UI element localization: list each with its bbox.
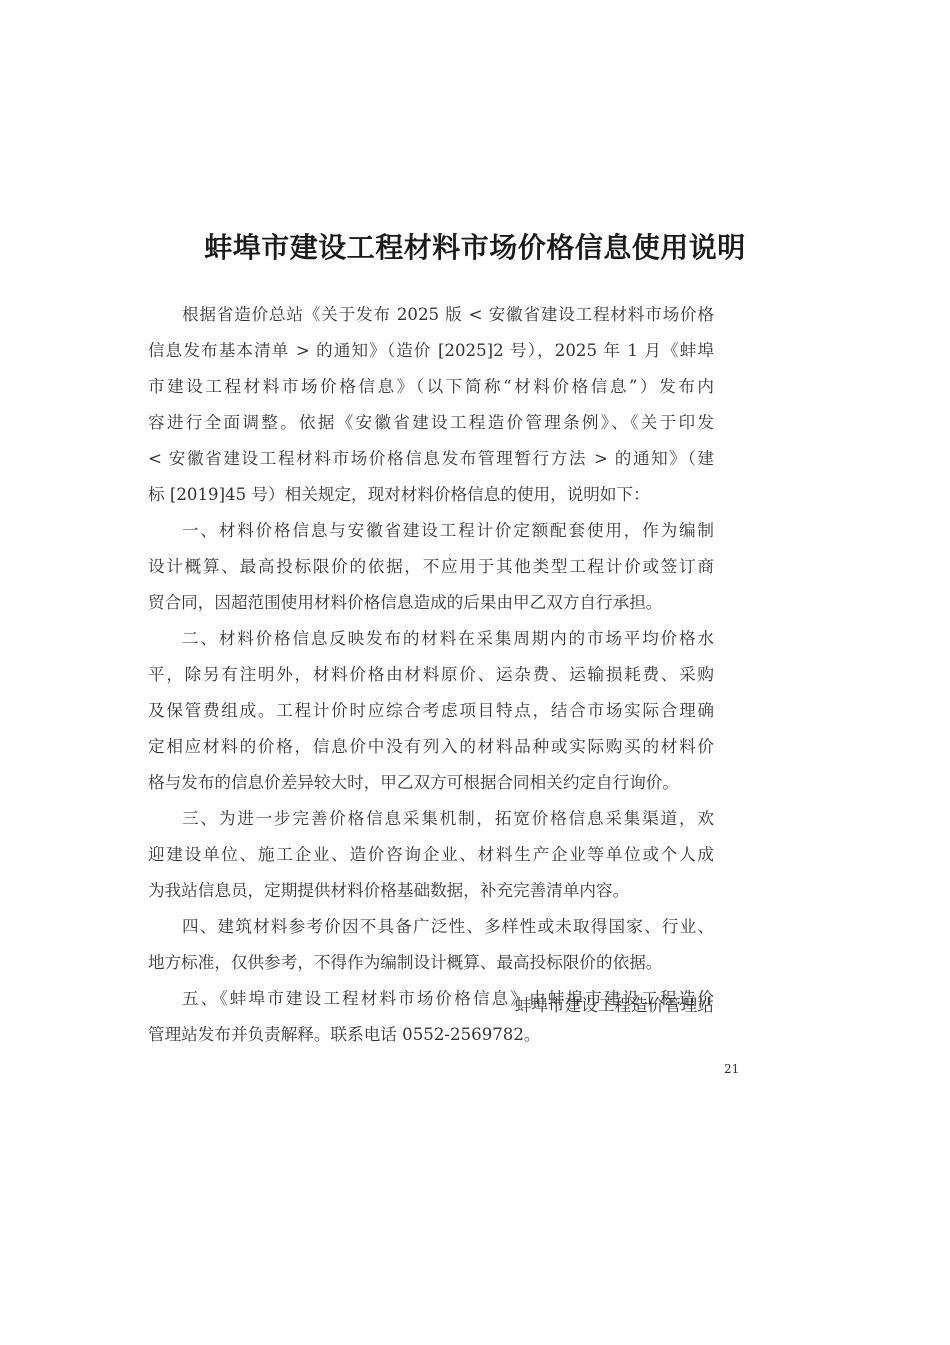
text-line: 三、为进一步完善价格信息采集机制，拓宽价格信息采集渠道，欢 xyxy=(148,801,714,837)
text-line: 贸合同，因超范围使用材料价格信息造成的后果由甲乙双方自行承担。 xyxy=(148,585,714,621)
text-line: 迎建设单位、施工企业、造价咨询企业、材料生产企业等单位或个人成 xyxy=(148,837,714,873)
text-line: 信息发布基本清单 > 的通知》（造价 [2025]2 号），2025 年 1 月… xyxy=(148,333,714,369)
text-line: 标 [2019]45 号）相关规定，现对材料价格信息的使用，说明如下： xyxy=(148,477,714,513)
clause-2-paragraph: 二、材料价格信息反映发布的材料在采集周期内的市场平均价格水 平，除另有注明外，材… xyxy=(148,621,714,801)
text-line: 一、材料价格信息与安徽省建设工程计价定额配套使用，作为编制 xyxy=(148,513,714,549)
text-line: 地方标准，仅供参考，不得作为编制设计概算、最高投标限价的依据。 xyxy=(148,945,714,981)
document-body: 根据省造价总站《关于发布 2025 版 < 安徽省建设工程材料市场价格 信息发布… xyxy=(148,297,714,1053)
text-line: 为我站信息员，定期提供材料价格基础数据，补充完善清单内容。 xyxy=(148,873,714,909)
document-title: 蚌埠市建设工程材料市场价格信息使用说明 xyxy=(0,226,950,266)
text-line: 四、建筑材料参考价因不具备广泛性、多样性或未取得国家、行业、 xyxy=(148,909,714,945)
issuer-signature: 蚌埠市建设工程造价管理站 xyxy=(515,992,714,1016)
text-line: < 安徽省建设工程材料市场价格信息发布管理暂行方法 > 的通知》（建 xyxy=(148,441,714,477)
clause-3-paragraph: 三、为进一步完善价格信息采集机制，拓宽价格信息采集渠道，欢 迎建设单位、施工企业… xyxy=(148,801,714,909)
text-line: 根据省造价总站《关于发布 2025 版 < 安徽省建设工程材料市场价格 xyxy=(148,297,714,333)
text-line: 管理站发布并负责解释。联系电话 0552-2569782。 xyxy=(148,1017,714,1053)
text-line: 二、材料价格信息反映发布的材料在采集周期内的市场平均价格水 xyxy=(148,621,714,657)
text-line: 设计概算、最高投标限价的依据，不应用于其他类型工程计价或签订商 xyxy=(148,549,714,585)
text-line: 格与发布的信息价差异较大时，甲乙双方可根据合同相关约定自行询价。 xyxy=(148,765,714,801)
text-line: 及保管费组成。工程计价时应综合考虑项目特点，结合市场实际合理确 xyxy=(148,693,714,729)
page-number: 21 xyxy=(724,1062,739,1076)
text-line: 市建设工程材料市场价格信息》（以下简称“材料价格信息”）发布内 xyxy=(148,369,714,405)
text-line: 定相应材料的价格，信息价中没有列入的材料品种或实际购买的材料价 xyxy=(148,729,714,765)
text-line: 平，除另有注明外，材料价格由材料原价、运杂费、运输损耗费、采购 xyxy=(148,657,714,693)
clause-1-paragraph: 一、材料价格信息与安徽省建设工程计价定额配套使用，作为编制 设计概算、最高投标限… xyxy=(148,513,714,621)
text-line: 容进行全面调整。依据《安徽省建设工程造价管理条例》、《关于印发 xyxy=(148,405,714,441)
clause-4-paragraph: 四、建筑材料参考价因不具备广泛性、多样性或未取得国家、行业、 地方标准，仅供参考… xyxy=(148,909,714,981)
intro-paragraph: 根据省造价总站《关于发布 2025 版 < 安徽省建设工程材料市场价格 信息发布… xyxy=(148,297,714,513)
